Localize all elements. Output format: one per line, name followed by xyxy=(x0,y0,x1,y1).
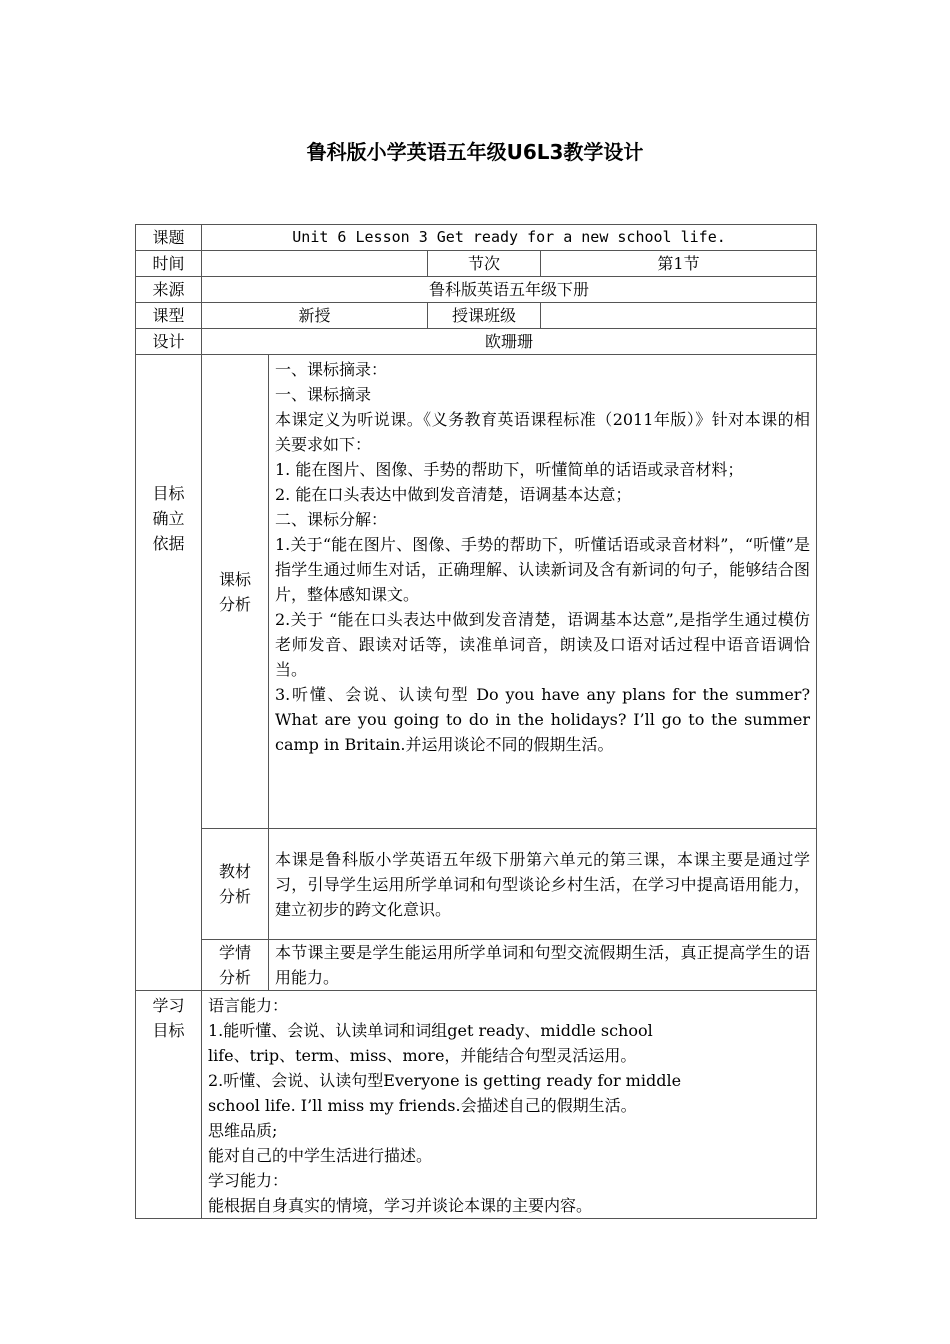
topic-label: 课题 xyxy=(136,225,202,251)
row-textbook-analysis: 教材 分析 本课是鲁科版小学英语五年级下册第六单元的第三课，本课主要是通过学习，… xyxy=(136,829,817,940)
design-label: 设计 xyxy=(136,329,202,355)
students-label: 学情 分析 xyxy=(202,940,269,991)
row-topic: 课题 Unit 6 Lesson 3 Get ready for a new s… xyxy=(136,225,817,251)
curriculum-line: 一、课标摘录 xyxy=(275,382,810,407)
row-objectives: 学习 目标 语言能力： 1.能听懂、会说、认读单词和词组get ready、mi… xyxy=(136,991,817,1219)
textbook-label-line: 分析 xyxy=(208,884,262,909)
row-type: 课型 新授 授课班级 xyxy=(136,303,817,329)
curriculum-line: 3.听懂、会说、认读句型 Do you have any plans for t… xyxy=(275,682,810,757)
row-source: 来源 鲁科版英语五年级下册 xyxy=(136,277,817,303)
textbook-label-line: 教材 xyxy=(208,859,262,884)
objective-line: 能根据自身真实的情境，学习并谈论本课的主要内容。 xyxy=(208,1193,810,1218)
objectives-content: 语言能力： 1.能听懂、会说、认读单词和词组get ready、middle s… xyxy=(202,991,817,1219)
objective-line: life、trip、term、miss、more，并能结合句型灵活运用。 xyxy=(208,1043,810,1068)
row-design: 设计 欧珊珊 xyxy=(136,329,817,355)
basis-label-line: 确立 xyxy=(142,506,195,531)
textbook-label: 教材 分析 xyxy=(202,829,269,940)
objective-line: 1.能听懂、会说、认读单词和词组get ready、middle school xyxy=(208,1018,810,1043)
class-label: 授课班级 xyxy=(428,303,541,329)
objective-line: 学习能力： xyxy=(208,1168,810,1193)
source-value: 鲁科版英语五年级下册 xyxy=(202,277,817,303)
curriculum-line: 2.关于 “能在口头表达中做到发音清楚，语调基本达意”,是指学生通过模仿老师发音… xyxy=(275,607,810,682)
objective-line: 思维品质; xyxy=(208,1118,810,1143)
row-time: 时间 节次 第1节 xyxy=(136,251,817,277)
students-content: 本节课主要是学生能运用所学单词和句型交流假期生活，真正提高学生的语用能力。 xyxy=(269,940,817,991)
topic-value: Unit 6 Lesson 3 Get ready for a new scho… xyxy=(202,225,817,251)
time-label: 时间 xyxy=(136,251,202,277)
document-title: 鲁科版小学英语五年级U6L3教学设计 xyxy=(0,136,950,165)
basis-label: 目标 确立 依据 xyxy=(136,355,202,991)
time-value xyxy=(202,251,428,277)
textbook-content: 本课是鲁科版小学英语五年级下册第六单元的第三课，本课主要是通过学习，引导学生运用… xyxy=(269,829,817,940)
curriculum-line: 1.关于“能在图片、图像、手势的帮助下，听懂话语或录音材料”，“听懂”是指学生通… xyxy=(275,532,810,607)
basis-label-line: 目标 xyxy=(142,481,195,506)
curriculum-content: 一、课标摘录： 一、课标摘录 本课定义为听说课。《义务教育英语课程标准（2011… xyxy=(269,355,817,829)
row-curriculum-analysis: 目标 确立 依据 课标 分析 一、课标摘录： 一、课标摘录 本课定义为听说课。《… xyxy=(136,355,817,829)
type-label: 课型 xyxy=(136,303,202,329)
objective-line: school life. I’ll miss my friends.会描述自己的… xyxy=(208,1093,810,1118)
objectives-label-line: 学习 xyxy=(142,993,195,1018)
objective-line: 能对自己的中学生活进行描述。 xyxy=(208,1143,810,1168)
curriculum-label: 课标 分析 xyxy=(202,355,269,829)
curriculum-label-line: 课标 xyxy=(208,567,262,592)
curriculum-line: 二、课标分解： xyxy=(275,507,810,532)
row-students-analysis: 学情 分析 本节课主要是学生能运用所学单词和句型交流假期生活，真正提高学生的语用… xyxy=(136,940,817,991)
objective-line: 语言能力： xyxy=(208,993,810,1018)
design-value: 欧珊珊 xyxy=(202,329,817,355)
period-label: 节次 xyxy=(428,251,541,277)
curriculum-line: 2. 能在口头表达中做到发音清楚，语调基本达意； xyxy=(275,482,810,507)
curriculum-label-line: 分析 xyxy=(208,592,262,617)
students-label-line: 分析 xyxy=(208,965,262,990)
students-label-line: 学情 xyxy=(208,940,262,965)
objectives-label-line: 目标 xyxy=(142,1018,195,1043)
period-value: 第1节 xyxy=(541,251,817,277)
curriculum-line: 1. 能在图片、图像、手势的帮助下，听懂简单的话语或录音材料； xyxy=(275,457,810,482)
curriculum-line: 一、课标摘录： xyxy=(275,357,810,382)
objectives-label: 学习 目标 xyxy=(136,991,202,1219)
basis-label-line: 依据 xyxy=(142,531,195,556)
curriculum-line: 本课定义为听说课。《义务教育英语课程标准（2011年版）》针对本课的相关要求如下… xyxy=(275,407,810,457)
class-value xyxy=(541,303,817,329)
lesson-plan-table: 课题 Unit 6 Lesson 3 Get ready for a new s… xyxy=(135,224,817,1219)
type-value: 新授 xyxy=(202,303,428,329)
source-label: 来源 xyxy=(136,277,202,303)
objective-line: 2.听懂、会说、认读句型Everyone is getting ready fo… xyxy=(208,1068,810,1093)
